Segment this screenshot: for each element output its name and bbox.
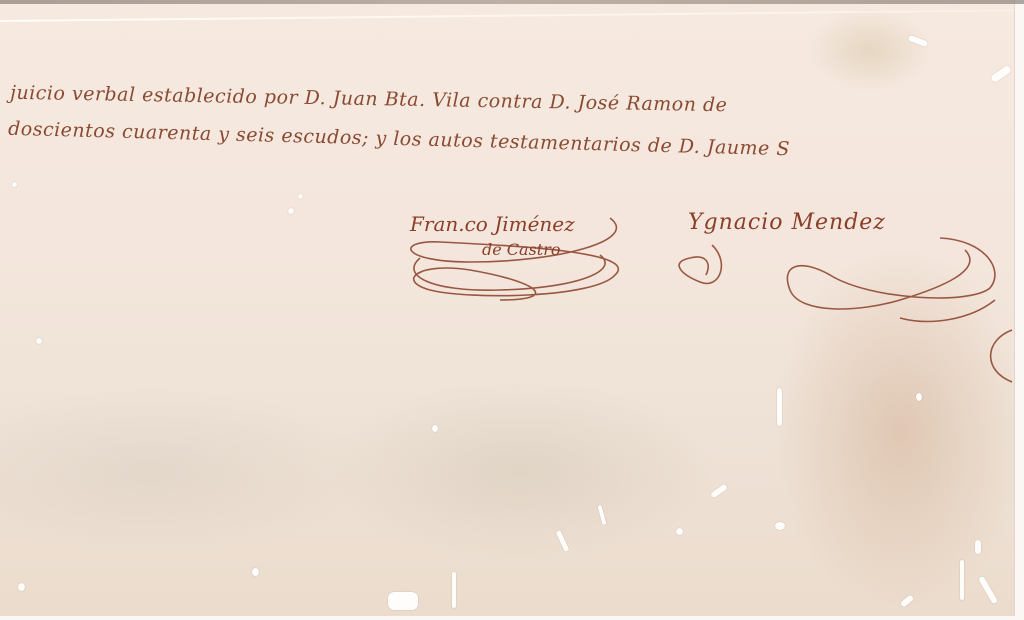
paper-speck (777, 388, 782, 426)
paper-speck (388, 592, 418, 610)
paper-speck (960, 560, 964, 600)
paper-speck (252, 568, 259, 576)
paper-speck (452, 572, 456, 608)
paper-speck (18, 583, 25, 591)
paper-speck (288, 208, 294, 214)
paper-speck (676, 528, 683, 535)
paper-speck (36, 338, 42, 344)
paper-speck (298, 194, 303, 199)
paper-speck (432, 425, 438, 432)
paper-speck (775, 522, 785, 530)
paper-speck (916, 393, 922, 401)
paper-speck (975, 540, 981, 554)
signature-flourishes (0, 0, 1024, 620)
paper-speck (12, 182, 17, 187)
